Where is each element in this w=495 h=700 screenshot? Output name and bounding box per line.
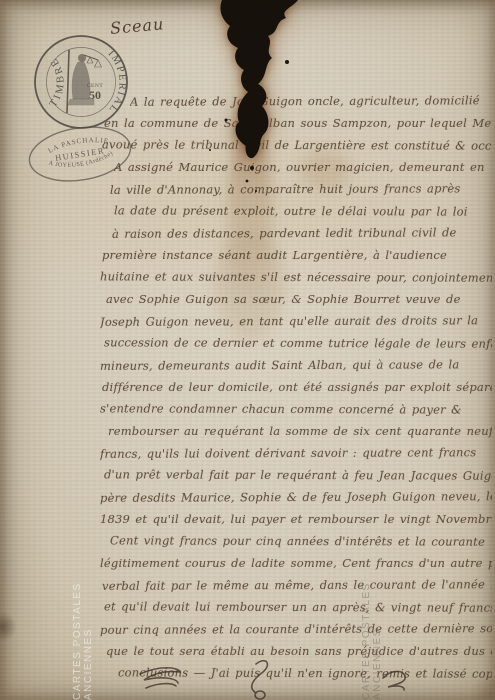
manuscript-line: pour cinq années et la courante d'intérê… xyxy=(100,617,492,641)
manuscript-line: d'un prêt verbal fait par le requérant à… xyxy=(104,463,492,486)
manuscript-line: que le tout sera établi au besoin sans p… xyxy=(106,640,492,662)
manuscript-line: différence de leur domicile, ont été ass… xyxy=(102,376,492,398)
manuscript-line: en la commune de Saint Alban sous Sampzo… xyxy=(104,112,492,134)
manuscript-line: rembourser au requérant la somme de six … xyxy=(108,420,492,442)
watermark-text: CARTES POSTALES ANCIENNES xyxy=(72,542,94,700)
manuscript-line: huitaine et aux suivantes s'il est néces… xyxy=(100,265,492,288)
manuscript-line: Cent vingt francs pour cinq années d'int… xyxy=(110,529,492,552)
manuscript-line: avoué près le tribunal civil de Largenti… xyxy=(102,133,492,156)
manuscript-line: la date du présent exploit, outre le dél… xyxy=(114,199,492,222)
manuscript-line: et qu'il devait lui rembourser un an apr… xyxy=(104,595,492,618)
manuscript-line: Joseph Guigon neveu, en tant qu'elle aur… xyxy=(100,309,492,333)
manuscript-line: 1839 et qu'il devait, lui payer et rembo… xyxy=(100,508,492,530)
manuscript-line: la ville d'Annonay, à comparaître huit j… xyxy=(110,177,492,201)
manuscript-line: francs, qu'ils lui doivent dérivant savo… xyxy=(100,441,492,465)
manuscript-line: verbal fait par le même au même, dans le… xyxy=(102,573,492,597)
manuscript-line: père desdits Maurice, Sophie & de feu Jo… xyxy=(100,485,492,509)
manuscript-line: succession de ce dernier et comme tutric… xyxy=(104,331,492,354)
manuscript-line: avec Sophie Guigon sa sœur, & Sophie Bou… xyxy=(106,288,492,310)
manuscript-line: A la requête de Jos. Guigon oncle, agric… xyxy=(130,89,492,113)
manuscript-text-block: A la requête de Jos. Guigon oncle, agric… xyxy=(100,90,492,684)
manuscript-page: Sceau TIMBRE IMPERIAL CENT 50 xyxy=(0,0,495,700)
manuscript-line: légitimement courus de ladite somme, Cen… xyxy=(100,552,492,574)
manuscript-line: A assigné Maurice Guigon, ouvrier magici… xyxy=(114,156,492,178)
manuscript-line: conclusions — J'ai puis qu'il n'en ignor… xyxy=(118,661,492,684)
manuscript-line: première instance séant audit Largentièr… xyxy=(102,244,492,266)
manuscript-line: s'entendre condamner chacun comme concer… xyxy=(100,397,492,420)
manuscript-line: à raison des distances, pardevant ledit … xyxy=(112,221,492,245)
manuscript-line: mineurs, demeurants audit Saint Alban, q… xyxy=(100,353,492,377)
